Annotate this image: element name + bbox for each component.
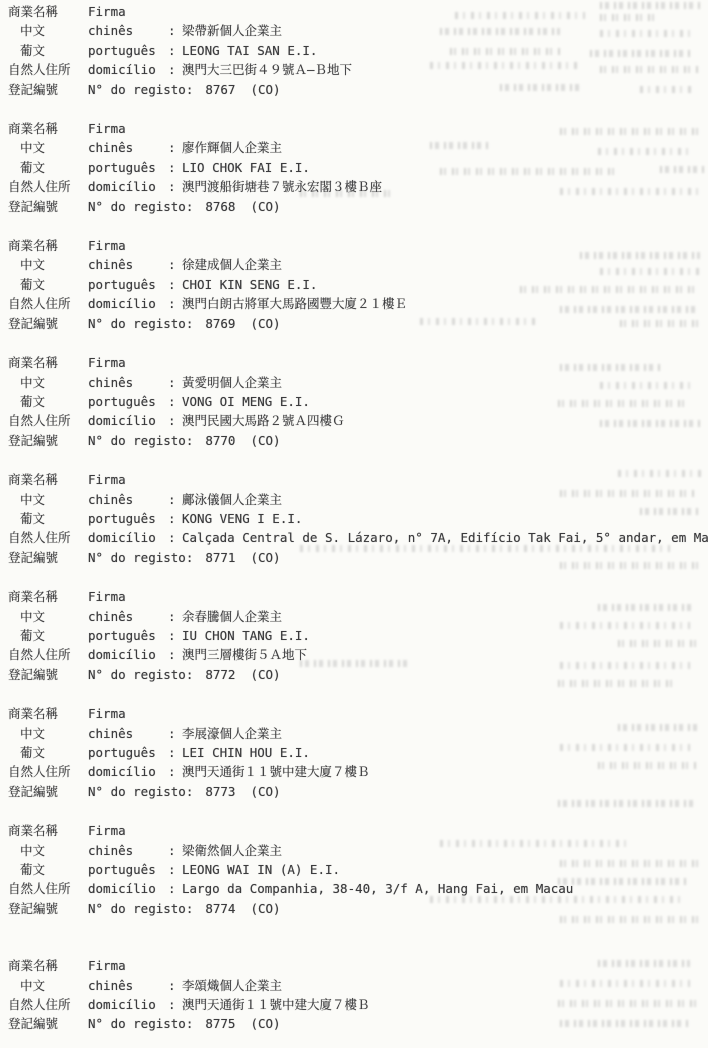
domicile-row: 自然人住所 domicílio : 澳門渡船街塘巷７號永宏閣３樓Ｂ座: [8, 177, 708, 196]
firm-label-zh: 商業名稱: [8, 587, 88, 606]
chinese-name-value: 徐建成個人企業主: [182, 255, 708, 274]
registry-label-zh: 登記編號: [8, 665, 88, 684]
chinese-name-value: 余春騰個人企業主: [182, 607, 708, 626]
portuguese-name-row: 葡文 português : LIO CHOK FAI E.I.: [8, 158, 708, 177]
business-record: 商業名稱 Firma 中文 chinês : 李頌熾個人企業主 自然人住所 do…: [8, 956, 708, 1034]
chinese-label-pt: chinês: [88, 976, 168, 995]
chinese-label-pt: chinês: [88, 138, 168, 157]
firm-header-row: 商業名稱 Firma: [8, 956, 708, 975]
portuguese-label-pt: português: [88, 392, 168, 411]
domicile-value: 澳門大三巴街４９號Ａ—Ｂ地下: [182, 60, 708, 79]
firm-label-pt: Firma: [88, 704, 126, 723]
business-record: 商業名稱 Firma 中文 chinês : 梁帶新個人企業主 葡文 portu…: [8, 2, 708, 99]
chinese-label-pt: chinês: [88, 841, 168, 860]
colon-separator: :: [168, 21, 182, 40]
registry-type-code: (CO): [250, 899, 280, 918]
firm-label-zh: 商業名稱: [8, 236, 88, 255]
chinese-name-value: 梁帶新個人企業主: [182, 21, 708, 40]
chinese-label-pt: chinês: [88, 373, 168, 392]
colon-separator: :: [168, 879, 182, 898]
firm-label-zh: 商業名稱: [8, 821, 88, 840]
firm-label-zh: 商業名稱: [8, 2, 88, 21]
registry-label-zh: 登記編號: [8, 197, 88, 216]
firm-label-zh: 商業名稱: [8, 119, 88, 138]
portuguese-label-pt: português: [88, 275, 168, 294]
registry-number: 8767: [205, 80, 235, 99]
business-record: 商業名稱 Firma 中文 chinês : 李展濠個人企業主 葡文 portu…: [8, 704, 708, 801]
registry-label-zh: 登記編號: [8, 314, 88, 333]
firm-header-row: 商業名稱 Firma: [8, 353, 708, 372]
registry-label-zh: 登記編號: [8, 548, 88, 567]
portuguese-name-value: LIO CHOK FAI E.I.: [182, 158, 708, 177]
colon-separator: :: [168, 607, 182, 626]
scanned-registry-page: 商業名稱 Firma 中文 chinês : 梁帶新個人企業主 葡文 portu…: [0, 0, 708, 1034]
colon-separator: :: [168, 41, 182, 60]
chinese-name-value: 梁衛然個人企業主: [182, 841, 708, 860]
chinese-name-value: 李頌熾個人企業主: [182, 976, 708, 995]
chinese-name-row: 中文 chinês : 黃愛明個人企業主: [8, 373, 708, 392]
domicile-value: 澳門民國大馬路２號Ａ四樓Ｇ: [182, 411, 708, 430]
business-record: 商業名稱 Firma 中文 chinês : 廖作輝個人企業主 葡文 portu…: [8, 119, 708, 216]
registry-number: 8771: [205, 548, 235, 567]
portuguese-name-value: LEI CHIN HOU E.I.: [182, 743, 708, 762]
portuguese-label-zh: 葡文: [8, 743, 88, 762]
portuguese-name-row: 葡文 português : LEONG WAI IN (A) E.I.: [8, 860, 708, 879]
registry-row: 登記編號 N° do registo: 8771 (CO): [8, 548, 708, 567]
domicile-value: 澳門天通街１１號中建大廈７樓Ｂ: [182, 762, 708, 781]
registry-label-zh: 登記編號: [8, 899, 88, 918]
registry-label-zh: 登記編號: [8, 80, 88, 99]
chinese-name-row: 中文 chinês : 徐建成個人企業主: [8, 255, 708, 274]
chinese-name-row: 中文 chinês : 李展濠個人企業主: [8, 724, 708, 743]
domicile-label-pt: domicílio: [88, 879, 168, 898]
domicile-label-pt: domicílio: [88, 762, 168, 781]
portuguese-name-row: 葡文 português : IU CHON TANG E.I.: [8, 626, 708, 645]
portuguese-name-value: CHOI KIN SENG E.I.: [182, 275, 708, 294]
chinese-label-zh: 中文: [8, 373, 88, 392]
domicile-label-pt: domicílio: [88, 411, 168, 430]
domicile-value: Calçada Central de S. Lázaro, n° 7A, Edi…: [182, 528, 708, 547]
firm-label-zh: 商業名稱: [8, 704, 88, 723]
chinese-label-zh: 中文: [8, 841, 88, 860]
registry-label-zh: 登記編號: [8, 431, 88, 450]
registry-type-code: (CO): [250, 782, 280, 801]
registry-row: 登記編號 N° do registo: 8770 (CO): [8, 431, 708, 450]
firm-label-pt: Firma: [88, 119, 126, 138]
firm-label-pt: Firma: [88, 956, 126, 975]
portuguese-label-zh: 葡文: [8, 275, 88, 294]
chinese-name-value: 鄺泳儀個人企業主: [182, 490, 708, 509]
portuguese-label-pt: português: [88, 509, 168, 528]
chinese-name-row: 中文 chinês : 鄺泳儀個人企業主: [8, 490, 708, 509]
domicile-value: 澳門天通街１１號中建大廈７樓Ｂ: [182, 995, 708, 1014]
portuguese-name-row: 葡文 português : CHOI KIN SENG E.I.: [8, 275, 708, 294]
chinese-name-row: 中文 chinês : 余春騰個人企業主: [8, 607, 708, 626]
registry-number: 8769: [205, 314, 235, 333]
registry-type-code: (CO): [250, 665, 280, 684]
chinese-label-zh: 中文: [8, 255, 88, 274]
chinese-name-row: 中文 chinês : 梁帶新個人企業主: [8, 21, 708, 40]
chinese-label-zh: 中文: [8, 607, 88, 626]
colon-separator: :: [168, 158, 182, 177]
colon-separator: :: [168, 762, 182, 781]
portuguese-label-pt: português: [88, 860, 168, 879]
portuguese-label-zh: 葡文: [8, 41, 88, 60]
domicile-label-pt: domicílio: [88, 294, 168, 313]
domicile-label-pt: domicílio: [88, 60, 168, 79]
portuguese-name-value: LEONG WAI IN (A) E.I.: [182, 860, 708, 879]
colon-separator: :: [168, 255, 182, 274]
domicile-value: 澳門白朗古將軍大馬路國豐大廈２１樓Ｅ: [182, 294, 708, 313]
domicile-row: 自然人住所 domicílio : 澳門三層樓街５Ａ地下: [8, 645, 708, 664]
chinese-label-pt: chinês: [88, 21, 168, 40]
colon-separator: :: [168, 976, 182, 995]
firm-label-pt: Firma: [88, 2, 126, 21]
colon-separator: :: [168, 743, 182, 762]
domicile-row: 自然人住所 domicílio : Calçada Central de S. …: [8, 528, 708, 547]
portuguese-label-zh: 葡文: [8, 509, 88, 528]
portuguese-name-value: VONG OI MENG E.I.: [182, 392, 708, 411]
chinese-label-zh: 中文: [8, 21, 88, 40]
registry-number: 8775: [205, 1014, 235, 1033]
chinese-name-row: 中文 chinês : 梁衛然個人企業主: [8, 841, 708, 860]
business-record: 商業名稱 Firma 中文 chinês : 徐建成個人企業主 葡文 portu…: [8, 236, 708, 333]
portuguese-name-value: KONG VENG I E.I.: [182, 509, 708, 528]
chinese-label-zh: 中文: [8, 490, 88, 509]
domicile-row: 自然人住所 domicílio : Largo da Companhia, 38…: [8, 879, 708, 898]
colon-separator: :: [168, 860, 182, 879]
registry-type-code: (CO): [250, 314, 280, 333]
firm-header-row: 商業名稱 Firma: [8, 470, 708, 489]
domicile-row: 自然人住所 domicílio : 澳門白朗古將軍大馬路國豐大廈２１樓Ｅ: [8, 294, 708, 313]
business-record: 商業名稱 Firma 中文 chinês : 梁衛然個人企業主 葡文 portu…: [8, 821, 708, 918]
colon-separator: :: [168, 294, 182, 313]
portuguese-name-row: 葡文 português : VONG OI MENG E.I.: [8, 392, 708, 411]
domicile-row: 自然人住所 domicílio : 澳門民國大馬路２號Ａ四樓Ｇ: [8, 411, 708, 430]
portuguese-name-row: 葡文 português : LEI CHIN HOU E.I.: [8, 743, 708, 762]
colon-separator: :: [168, 60, 182, 79]
registry-row: 登記編號 N° do registo: 8773 (CO): [8, 782, 708, 801]
chinese-label-pt: chinês: [88, 607, 168, 626]
domicile-label-zh: 自然人住所: [8, 528, 88, 547]
domicile-label-pt: domicílio: [88, 528, 168, 547]
registry-number: 8770: [205, 431, 235, 450]
business-record: 商業名稱 Firma 中文 chinês : 黃愛明個人企業主 葡文 portu…: [8, 353, 708, 450]
registry-number: 8768: [205, 197, 235, 216]
business-record: 商業名稱 Firma 中文 chinês : 鄺泳儀個人企業主 葡文 portu…: [8, 470, 708, 567]
chinese-name-value: 廖作輝個人企業主: [182, 138, 708, 157]
colon-separator: :: [168, 373, 182, 392]
domicile-label-zh: 自然人住所: [8, 60, 88, 79]
firm-label-pt: Firma: [88, 470, 126, 489]
registry-label-pt: N° do registo:: [88, 665, 193, 684]
chinese-label-zh: 中文: [8, 976, 88, 995]
colon-separator: :: [168, 275, 182, 294]
registry-row: 登記編號 N° do registo: 8774 (CO): [8, 899, 708, 918]
domicile-label-pt: domicílio: [88, 645, 168, 664]
colon-separator: :: [168, 841, 182, 860]
firm-header-row: 商業名稱 Firma: [8, 119, 708, 138]
registry-number: 8773: [205, 782, 235, 801]
domicile-label-zh: 自然人住所: [8, 294, 88, 313]
registry-label-pt: N° do registo:: [88, 782, 193, 801]
registry-label-zh: 登記編號: [8, 782, 88, 801]
registry-row: 登記編號 N° do registo: 8767 (CO): [8, 80, 708, 99]
firm-header-row: 商業名稱 Firma: [8, 587, 708, 606]
registry-label-zh: 登記編號: [8, 1014, 88, 1033]
colon-separator: :: [168, 490, 182, 509]
registry-label-pt: N° do registo:: [88, 197, 193, 216]
business-record: 商業名稱 Firma 中文 chinês : 余春騰個人企業主 葡文 portu…: [8, 587, 708, 684]
colon-separator: :: [168, 509, 182, 528]
registry-type-code: (CO): [250, 431, 280, 450]
domicile-label-pt: domicílio: [88, 177, 168, 196]
domicile-row: 自然人住所 domicílio : 澳門天通街１１號中建大廈７樓Ｂ: [8, 762, 708, 781]
registry-label-pt: N° do registo:: [88, 431, 193, 450]
registry-number: 8774: [205, 899, 235, 918]
portuguese-name-row: 葡文 português : KONG VENG I E.I.: [8, 509, 708, 528]
domicile-row: 自然人住所 domicílio : 澳門天通街１１號中建大廈７樓Ｂ: [8, 995, 708, 1014]
chinese-name-row: 中文 chinês : 廖作輝個人企業主: [8, 138, 708, 157]
firm-label-pt: Firma: [88, 353, 126, 372]
registry-row: 登記編號 N° do registo: 8775 (CO): [8, 1014, 708, 1033]
domicile-label-zh: 自然人住所: [8, 879, 88, 898]
domicile-label-zh: 自然人住所: [8, 177, 88, 196]
colon-separator: :: [168, 411, 182, 430]
chinese-name-value: 黃愛明個人企業主: [182, 373, 708, 392]
firm-header-row: 商業名稱 Firma: [8, 821, 708, 840]
portuguese-label-zh: 葡文: [8, 158, 88, 177]
portuguese-label-pt: português: [88, 158, 168, 177]
domicile-value: 澳門三層樓街５Ａ地下: [182, 645, 708, 664]
registry-label-pt: N° do registo:: [88, 314, 193, 333]
chinese-label-zh: 中文: [8, 724, 88, 743]
domicile-label-zh: 自然人住所: [8, 762, 88, 781]
colon-separator: :: [168, 626, 182, 645]
domicile-value: 澳門渡船街塘巷７號永宏閣３樓Ｂ座: [182, 177, 708, 196]
colon-separator: :: [168, 995, 182, 1014]
firm-header-row: 商業名稱 Firma: [8, 704, 708, 723]
registry-row: 登記編號 N° do registo: 8769 (CO): [8, 314, 708, 333]
registry-row: 登記編號 N° do registo: 8772 (CO): [8, 665, 708, 684]
portuguese-label-zh: 葡文: [8, 392, 88, 411]
portuguese-label-pt: português: [88, 743, 168, 762]
firm-label-pt: Firma: [88, 587, 126, 606]
portuguese-label-pt: português: [88, 626, 168, 645]
chinese-label-pt: chinês: [88, 255, 168, 274]
colon-separator: :: [168, 528, 182, 547]
colon-separator: :: [168, 392, 182, 411]
domicile-value: Largo da Companhia, 38-40, 3/f A, Hang F…: [182, 879, 708, 898]
portuguese-name-row: 葡文 português : LEONG TAI SAN E.I.: [8, 41, 708, 60]
domicile-label-pt: domicílio: [88, 995, 168, 1014]
domicile-row: 自然人住所 domicílio : 澳門大三巴街４９號Ａ—Ｂ地下: [8, 60, 708, 79]
colon-separator: :: [168, 724, 182, 743]
registry-label-pt: N° do registo:: [88, 548, 193, 567]
firm-header-row: 商業名稱 Firma: [8, 236, 708, 255]
registry-type-code: (CO): [250, 80, 280, 99]
colon-separator: :: [168, 138, 182, 157]
registry-type-code: (CO): [250, 1014, 280, 1033]
registry-label-pt: N° do registo:: [88, 1014, 193, 1033]
domicile-label-zh: 自然人住所: [8, 995, 88, 1014]
registry-label-pt: N° do registo:: [88, 899, 193, 918]
registry-number: 8772: [205, 665, 235, 684]
registry-label-pt: N° do registo:: [88, 80, 193, 99]
firm-label-zh: 商業名稱: [8, 353, 88, 372]
chinese-name-value: 李展濠個人企業主: [182, 724, 708, 743]
registry-type-code: (CO): [250, 548, 280, 567]
firm-label-pt: Firma: [88, 236, 126, 255]
registry-row: 登記編號 N° do registo: 8768 (CO): [8, 197, 708, 216]
domicile-label-zh: 自然人住所: [8, 645, 88, 664]
portuguese-label-pt: português: [88, 41, 168, 60]
colon-separator: :: [168, 645, 182, 664]
registry-type-code: (CO): [250, 197, 280, 216]
firm-label-zh: 商業名稱: [8, 470, 88, 489]
chinese-name-row: 中文 chinês : 李頌熾個人企業主: [8, 976, 708, 995]
firm-label-pt: Firma: [88, 821, 126, 840]
firm-header-row: 商業名稱 Firma: [8, 2, 708, 21]
portuguese-name-value: IU CHON TANG E.I.: [182, 626, 708, 645]
portuguese-label-zh: 葡文: [8, 626, 88, 645]
domicile-label-zh: 自然人住所: [8, 411, 88, 430]
chinese-label-pt: chinês: [88, 490, 168, 509]
firm-label-zh: 商業名稱: [8, 956, 88, 975]
colon-separator: :: [168, 177, 182, 196]
portuguese-label-zh: 葡文: [8, 860, 88, 879]
chinese-label-zh: 中文: [8, 138, 88, 157]
portuguese-name-value: LEONG TAI SAN E.I.: [182, 41, 708, 60]
chinese-label-pt: chinês: [88, 724, 168, 743]
